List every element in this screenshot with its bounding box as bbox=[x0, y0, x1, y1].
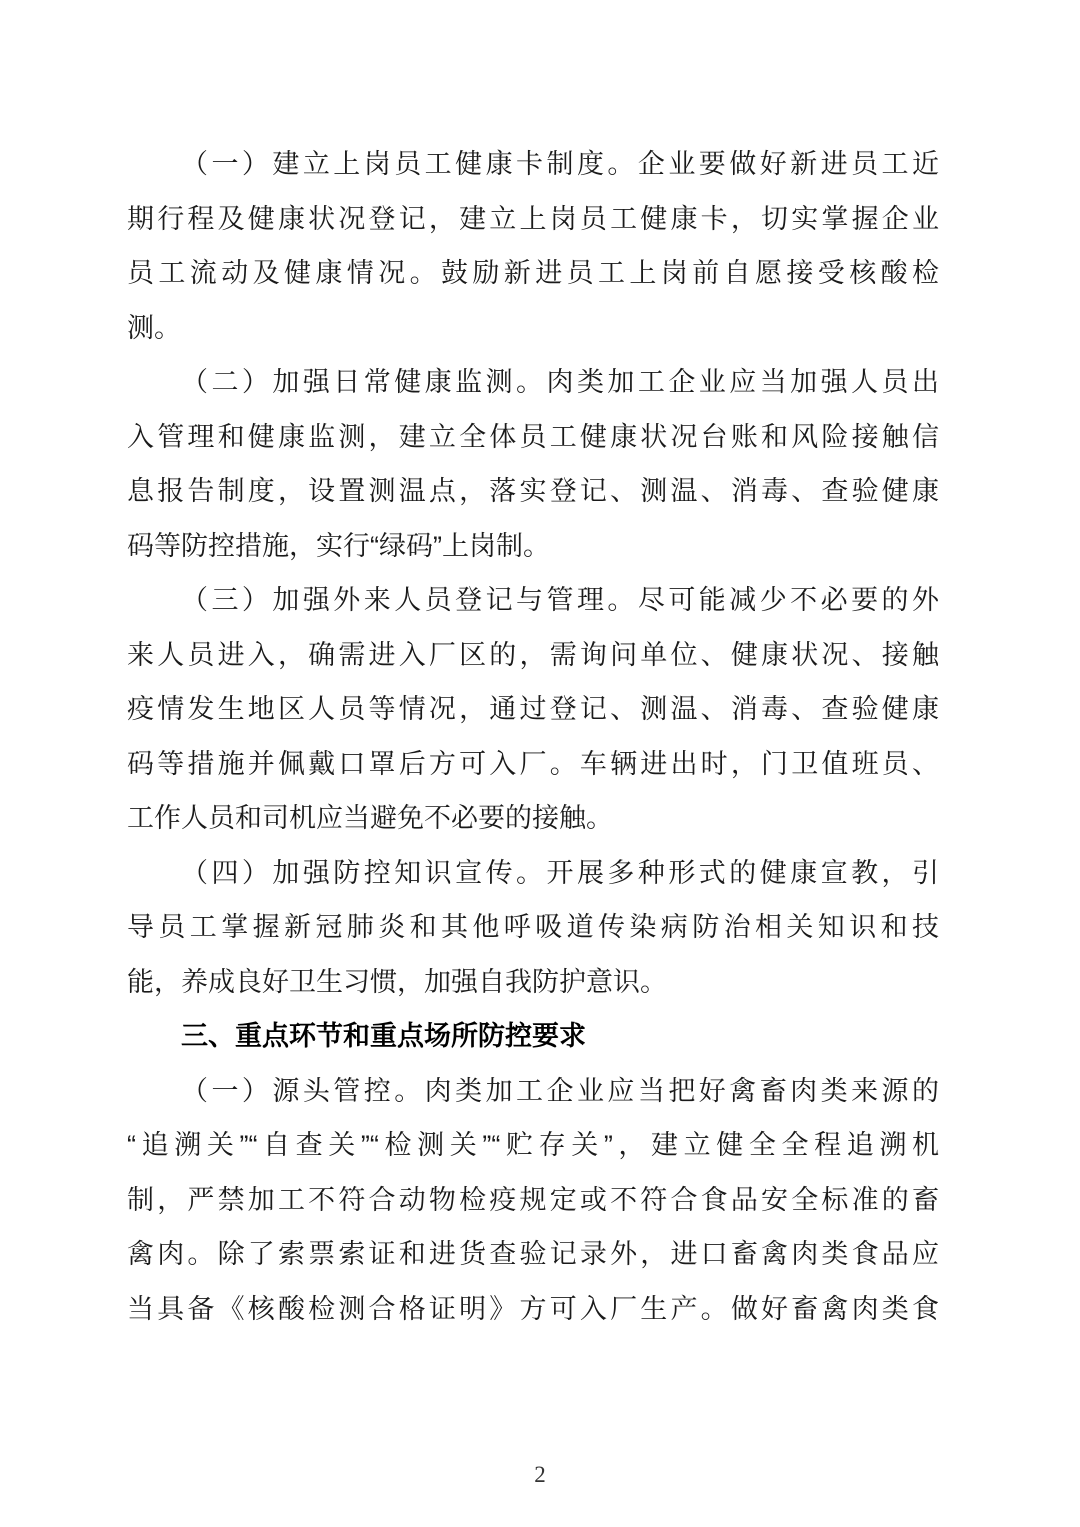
text-line: （二）加强日常健康监测。肉类加工企业应当加强人员出 bbox=[127, 355, 939, 410]
text-line: 测。 bbox=[127, 301, 939, 356]
text-line: 码等防控措施，实行“绿码”上岗制。 bbox=[127, 519, 939, 574]
paragraph: （二）加强日常健康监测。肉类加工企业应当加强人员出入管理和健康监测，建立全体员工… bbox=[127, 355, 939, 573]
text-line: 禽肉。除了索票索证和进货查验记录外，进口畜禽肉类食品应 bbox=[127, 1227, 939, 1282]
document-body: （一）建立上岗员工健康卡制度。企业要做好新进员工近期行程及健康状况登记，建立上岗… bbox=[127, 137, 939, 1336]
document-page: （一）建立上岗员工健康卡制度。企业要做好新进员工近期行程及健康状况登记，建立上岗… bbox=[0, 0, 1080, 1527]
text-line: （三）加强外来人员登记与管理。尽可能减少不必要的外 bbox=[127, 573, 939, 628]
text-line: 工作人员和司机应当避免不必要的接触。 bbox=[127, 791, 939, 846]
paragraph: （一）建立上岗员工健康卡制度。企业要做好新进员工近期行程及健康状况登记，建立上岗… bbox=[127, 137, 939, 355]
page-number: 2 bbox=[0, 1462, 1080, 1488]
text-line: （一）建立上岗员工健康卡制度。企业要做好新进员工近 bbox=[127, 137, 939, 192]
paragraph: （四）加强防控知识宣传。开展多种形式的健康宣教，引导员工掌握新冠肺炎和其他呼吸道… bbox=[127, 846, 939, 1010]
text-line: 入管理和健康监测，建立全体员工健康状况台账和风险接触信 bbox=[127, 410, 939, 465]
paragraph: （三）加强外来人员登记与管理。尽可能减少不必要的外来人员进入，确需进入厂区的，需… bbox=[127, 573, 939, 846]
text-line: 当具备《核酸检测合格证明》方可入厂生产。做好畜禽肉类食 bbox=[127, 1282, 939, 1337]
text-line: （四）加强防控知识宣传。开展多种形式的健康宣教，引 bbox=[127, 846, 939, 901]
paragraph: （一）源头管控。肉类加工企业应当把好禽畜肉类来源的“追溯关”“自查关”“检测关”… bbox=[127, 1064, 939, 1337]
heading-line: 三、重点环节和重点场所防控要求 bbox=[127, 1009, 939, 1064]
text-line: 码等措施并佩戴口罩后方可入厂。车辆进出时，门卫值班员、 bbox=[127, 737, 939, 792]
text-line: 期行程及健康状况登记，建立上岗员工健康卡，切实掌握企业 bbox=[127, 192, 939, 247]
text-line: 疫情发生地区人员等情况，通过登记、测温、消毒、查验健康 bbox=[127, 682, 939, 737]
text-line: 来人员进入，确需进入厂区的，需询问单位、健康状况、接触 bbox=[127, 628, 939, 683]
text-line: 能，养成良好卫生习惯，加强自我防护意识。 bbox=[127, 955, 939, 1010]
section-heading: 三、重点环节和重点场所防控要求 bbox=[127, 1009, 939, 1064]
text-line: 导员工掌握新冠肺炎和其他呼吸道传染病防治相关知识和技 bbox=[127, 900, 939, 955]
text-line: “追溯关”“自查关”“检测关”“贮存关”，建立健全全程追溯机 bbox=[127, 1118, 939, 1173]
text-line: （一）源头管控。肉类加工企业应当把好禽畜肉类来源的 bbox=[127, 1064, 939, 1119]
text-line: 制，严禁加工不符合动物检疫规定或不符合食品安全标准的畜 bbox=[127, 1173, 939, 1228]
text-line: 员工流动及健康情况。鼓励新进员工上岗前自愿接受核酸检 bbox=[127, 246, 939, 301]
text-line: 息报告制度，设置测温点，落实登记、测温、消毒、查验健康 bbox=[127, 464, 939, 519]
